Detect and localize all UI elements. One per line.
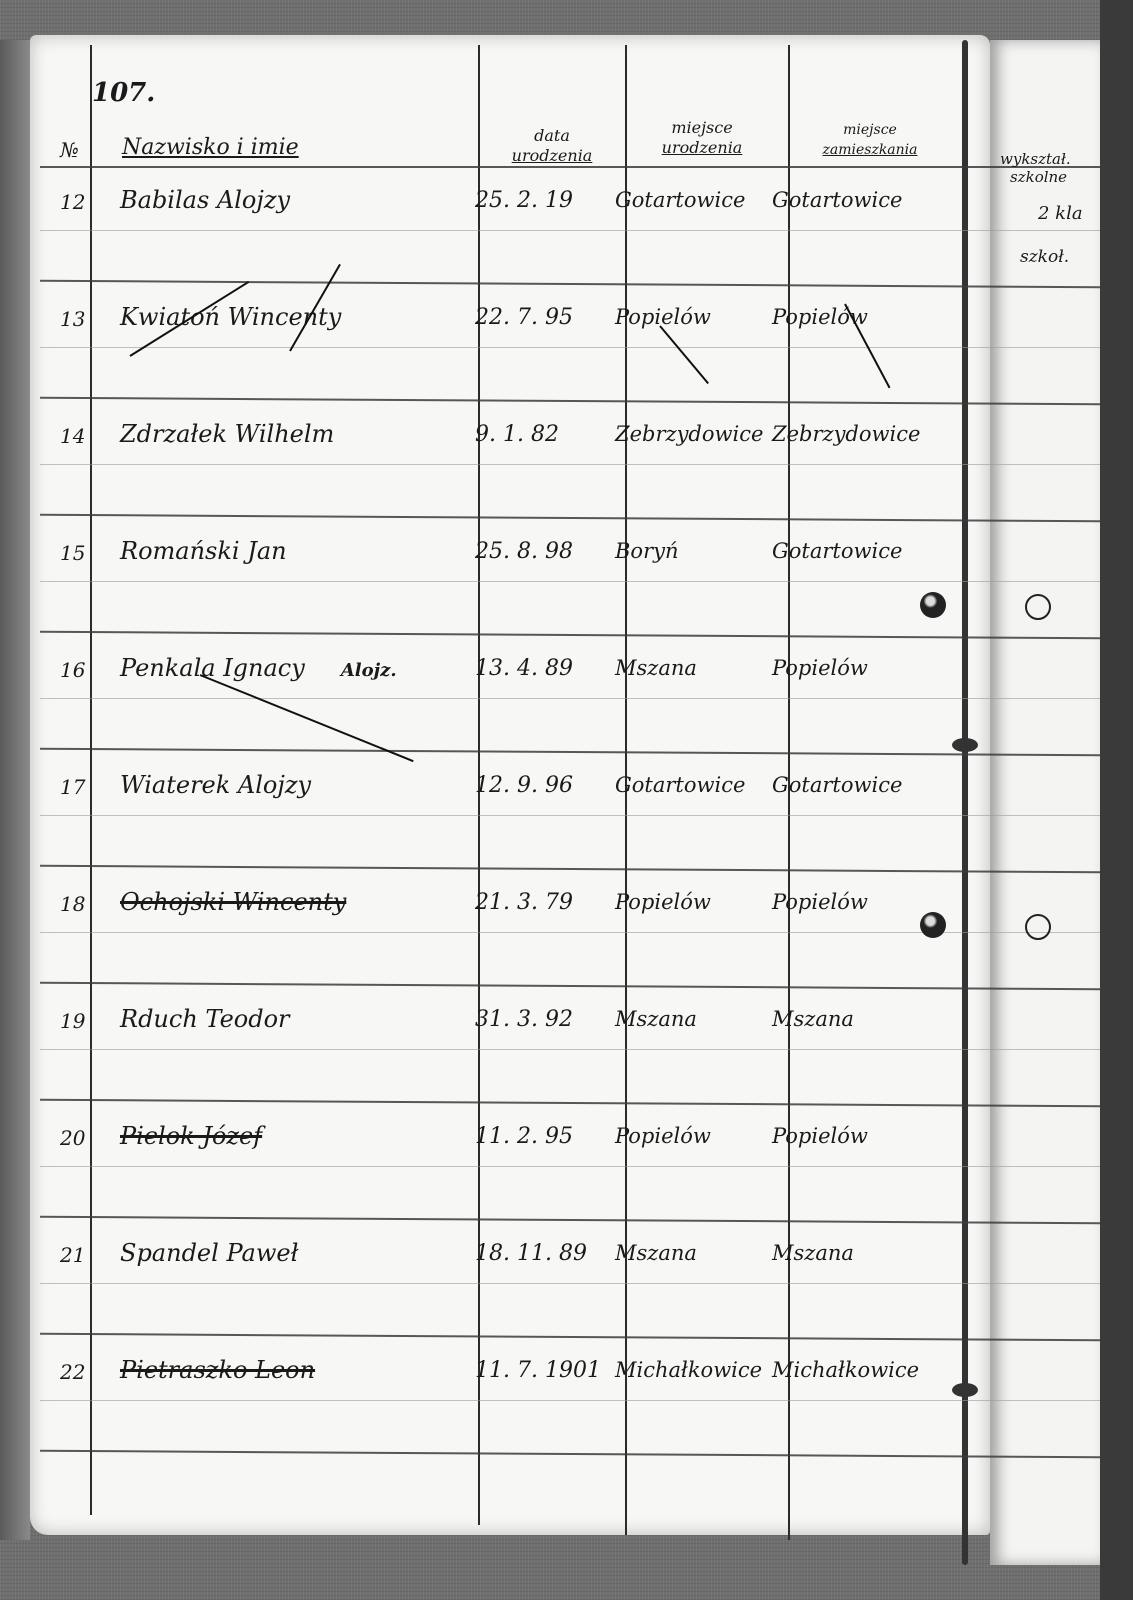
row-number: 19 <box>60 1009 85 1033</box>
strip-note-class: 2 kla <box>1038 205 1100 223</box>
person-name: Penkala IgnacyAlojz. <box>120 654 397 682</box>
row-number: 21 <box>60 1243 85 1267</box>
header-name: Nazwisko i imie <box>122 138 299 158</box>
table-row: 18Ochojski Wincenty21. 3. 79PopielówPopi… <box>30 880 990 998</box>
residence: Mszana <box>772 1007 854 1031</box>
strip-note-school: szkoł. <box>1020 248 1100 266</box>
birth-date: 31. 3. 92 <box>475 1007 573 1032</box>
birth-place: Gotartowice <box>615 188 745 212</box>
birth-place: Gotartowice <box>615 773 745 797</box>
table-row: 21Spandel Paweł18. 11. 89MszanaMszana <box>30 1231 990 1349</box>
name-correction: Alojz. <box>341 660 397 681</box>
adjacent-page-strip <box>990 40 1100 1565</box>
birth-place: Michałkowice <box>615 1358 762 1382</box>
row-number: 18 <box>60 892 85 916</box>
birth-date: 9. 1. 82 <box>475 422 559 447</box>
birth-place: Popielów <box>615 890 711 914</box>
person-name-text: Pietraszko Leon <box>120 1356 315 1384</box>
row-number: 13 <box>60 307 85 331</box>
header-rule <box>40 166 1100 168</box>
scan-right-edge <box>1100 0 1133 1600</box>
birth-place: Mszana <box>615 1007 697 1031</box>
person-name: Ochojski Wincenty <box>120 888 346 916</box>
header-birth-date-line1: data <box>482 126 622 146</box>
person-name: Zdrzałek Wilhelm <box>120 420 334 448</box>
person-name-text: Wiaterek Alojzy <box>120 771 311 799</box>
residence: Popielów <box>772 656 868 680</box>
table-row: 22Pietraszko Leon11. 7. 1901Michałkowice… <box>30 1348 990 1466</box>
row-number: 22 <box>60 1360 85 1384</box>
punch-hole-ring <box>1025 594 1051 620</box>
binding-clip <box>952 738 978 752</box>
birth-place: Mszana <box>615 656 697 680</box>
header-birth-place: miejsce urodzenia <box>632 118 772 158</box>
strip-header-line2: szkolne <box>1010 168 1100 186</box>
header-number: № <box>60 140 79 160</box>
person-name-text: Pielok Józef <box>120 1122 262 1150</box>
scan-left-edge <box>0 40 30 1540</box>
birth-date: 13. 4. 89 <box>475 656 573 681</box>
row-number: 12 <box>60 190 85 214</box>
row-number: 17 <box>60 775 85 799</box>
table-row: 13Kwiatoń Wincenty22. 7. 95PopielówPopie… <box>30 295 990 413</box>
person-name-text: Ochojski Wincenty <box>120 888 346 916</box>
person-name: Babilas Alojzy <box>120 186 290 214</box>
residence: Popielów <box>772 1124 868 1148</box>
table-row: 14Zdrzałek Wilhelm9. 1. 82ZebrzydowiceZe… <box>30 412 990 530</box>
birth-place: Popielów <box>615 305 711 329</box>
birth-place: Boryń <box>615 539 679 563</box>
table-row: 12Babilas Alojzy25. 2. 19GotartowiceGota… <box>30 178 990 296</box>
header-residence: miejsce zamieszkania <box>800 120 940 160</box>
header-residence-line1: miejsce <box>800 120 940 140</box>
person-name: Romański Jan <box>120 537 287 565</box>
header-birth-date: data urodzenia <box>482 126 622 166</box>
table-row: 16Penkala IgnacyAlojz.13. 4. 89MszanaPop… <box>30 646 990 764</box>
person-name-text: Babilas Alojzy <box>120 186 290 214</box>
row-number: 14 <box>60 424 85 448</box>
person-name-text: Penkala Ignacy <box>120 654 305 682</box>
row-number: 20 <box>60 1126 85 1150</box>
person-name: Spandel Paweł <box>120 1239 298 1267</box>
residence: Popielów <box>772 890 868 914</box>
punch-hole-filled <box>920 592 946 618</box>
birth-date: 11. 2. 95 <box>475 1124 573 1149</box>
header-birth-date-line2: urodzenia <box>482 146 622 166</box>
page-number: 107. <box>92 78 155 108</box>
birth-place: Mszana <box>615 1241 697 1265</box>
header-birth-place-line1: miejsce <box>632 118 772 138</box>
birth-date: 25. 2. 19 <box>475 188 573 213</box>
punch-hole-ring <box>1025 914 1051 940</box>
residence: Gotartowice <box>772 773 902 797</box>
person-name: Rduch Teodor <box>120 1005 290 1033</box>
person-name-text: Spandel Paweł <box>120 1239 298 1267</box>
row-number: 15 <box>60 541 85 565</box>
birth-date: 21. 3. 79 <box>475 890 573 915</box>
person-name: Pietraszko Leon <box>120 1356 315 1384</box>
birth-place: Popielów <box>615 1124 711 1148</box>
person-name-text: Zdrzałek Wilhelm <box>120 420 334 448</box>
residence: Mszana <box>772 1241 854 1265</box>
header-birth-place-line2: urodzenia <box>632 138 772 158</box>
table-row: 15Romański Jan25. 8. 98BoryńGotartowice <box>30 529 990 647</box>
binding-clip <box>952 1383 978 1397</box>
person-name-text: Romański Jan <box>120 537 287 565</box>
table-row: 17Wiaterek Alojzy12. 9. 96GotartowiceGot… <box>30 763 990 881</box>
punch-hole-filled <box>920 912 946 938</box>
person-name: Wiaterek Alojzy <box>120 771 311 799</box>
birth-place: Zebrzydowice <box>615 422 763 446</box>
table-row: 20Pielok Józef11. 2. 95PopielówPopielów <box>30 1114 990 1232</box>
strip-header-line1: wykształ. <box>1000 150 1100 168</box>
residence: Gotartowice <box>772 539 902 563</box>
residence: Zebrzydowice <box>772 422 920 446</box>
birth-date: 12. 9. 96 <box>475 773 573 798</box>
header-residence-line2: zamieszkania <box>800 140 940 160</box>
birth-date: 22. 7. 95 <box>475 305 573 330</box>
residence: Michałkowice <box>772 1358 919 1382</box>
birth-date: 11. 7. 1901 <box>475 1358 601 1383</box>
person-name: Pielok Józef <box>120 1122 262 1150</box>
person-name-text: Rduch Teodor <box>120 1005 290 1033</box>
residence: Gotartowice <box>772 188 902 212</box>
birth-date: 25. 8. 98 <box>475 539 573 564</box>
birth-date: 18. 11. 89 <box>475 1241 587 1266</box>
row-number: 16 <box>60 658 85 682</box>
table-row: 19Rduch Teodor31. 3. 92MszanaMszana <box>30 997 990 1115</box>
